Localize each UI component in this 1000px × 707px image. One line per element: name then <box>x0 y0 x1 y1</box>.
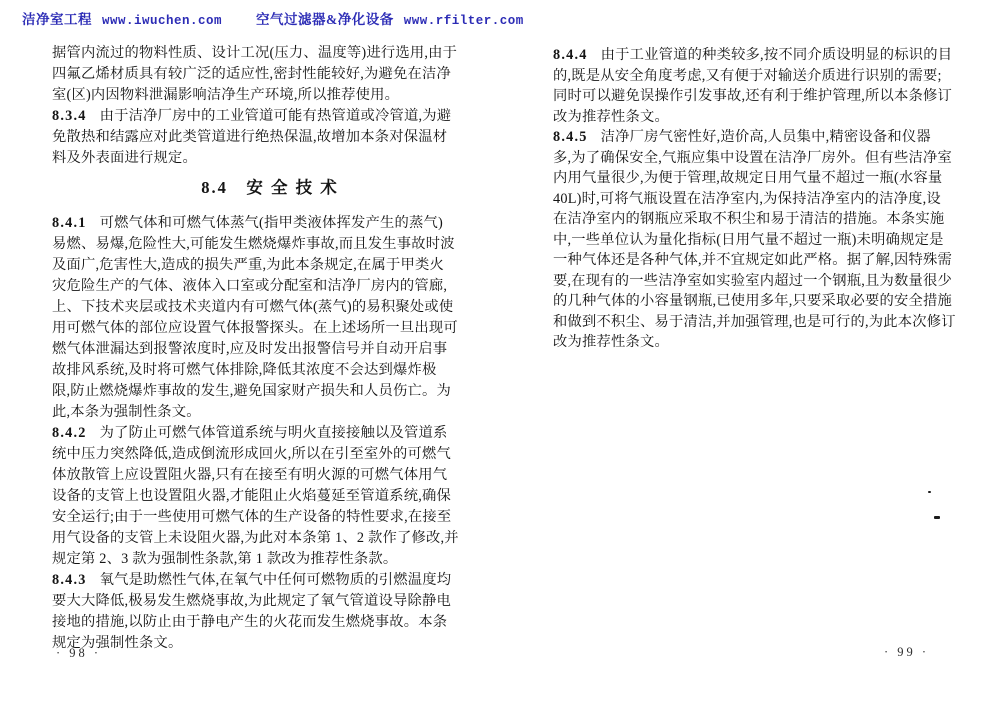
page-left-column: 据管内流过的物料性质、设计工况(压力、温度等)进行选用,由于四氟乙烯材质具有较广… <box>52 43 488 654</box>
line-text: 设备的支管上也设置阻火器,才能阻止火焰蔓延至管道系统,确保 <box>52 488 451 504</box>
text-line: 改为推荐性条文。 <box>553 107 989 128</box>
scan-ink-speck <box>928 491 931 493</box>
text-line: 8.4.5洁净厂房气密性好,造价高,人员集中,精密设备和仪器 <box>553 127 989 148</box>
text-line: 内用气量很少,为便于管理,故规定日用气量不超过一瓶(水容量 <box>553 168 989 189</box>
section-number: 8.4.5 <box>553 129 601 145</box>
text-line: 8.4.1可燃气体和可燃气体蒸气(指甲类液体挥发产生的蒸气) <box>52 213 488 234</box>
text-line: 统中压力突然降低,造成倒流形成回火,所以在引至室外的可燃气 <box>52 444 488 465</box>
text-line: 一种气体还是各种气体,并不宜规定如此严格。据了解,因特殊需 <box>553 250 989 271</box>
line-text: 一种气体还是各种气体,并不宜规定如此严格。据了解,因特殊需 <box>553 252 952 268</box>
text-line: 灾危险生产的气体、液体入口室或分配室和洁净厂房内的管廊, <box>52 276 488 297</box>
line-text: 统中压力突然降低,造成倒流形成回火,所以在引至室外的可燃气 <box>52 446 451 462</box>
text-line: 此,本条为强制性条文。 <box>52 402 488 423</box>
text-line: 多,为了确保安全,气瓶应集中设置在洁净厂房外。但有些洁净室 <box>553 148 989 169</box>
page-number-left: · 98 · <box>56 646 101 661</box>
text-line: 上、下技术夹层或技术夹道内有可燃气体(蒸气)的易积聚处或使 <box>52 297 488 318</box>
line-text: 限,防止燃烧爆炸事故的发生,避免国家财产损失和人员伤亡。为 <box>52 383 451 399</box>
line-text: 同时可以避免误操作引发事故,还有利于维护管理,所以本条修订 <box>553 88 952 104</box>
text-line: 燃气体泄漏达到报警浓度时,应及时发出报警信号并自动开启事 <box>52 339 488 360</box>
line-text: 用可燃气体的部位应设置气体报警探头。在上述场所一旦出现可 <box>52 320 458 336</box>
text-line: 易燃、易爆,危险性大,可能发生燃烧爆炸事故,而且发生事故时波 <box>52 234 488 255</box>
text-line: 据管内流过的物料性质、设计工况(压力、温度等)进行选用,由于 <box>52 43 488 64</box>
line-text: 接地的措施,以防止由于静电产生的火花而发生燃烧事故。本条 <box>52 614 447 630</box>
text-line: 中,一些单位认为量化指标(日用气量不超过一瓶)未明确规定是 <box>553 230 989 251</box>
line-text: 上、下技术夹层或技术夹道内有可燃气体(蒸气)的易积聚处或使 <box>52 299 453 315</box>
section-number: 8.4.3 <box>52 572 100 588</box>
scan-ink-speck <box>934 516 940 519</box>
line-text: 和做到不积尘、易于清洁,并加强管理,也是可行的,为此本次修订 <box>553 314 956 330</box>
line-text: 40L)时,可将气瓶设置在洁净室内,为保持洁净室内的洁净度,设 <box>553 191 941 207</box>
text-line: 限,防止燃烧爆炸事故的发生,避免国家财产损失和人员伤亡。为 <box>52 381 488 402</box>
site-header: 洁净室工程www.iwuchen.com空气过滤器&净化设备www.rfilte… <box>22 8 524 28</box>
text-line: 及面广,危害性大,造成的损失严重,为此本条规定,在属于甲类火 <box>52 255 488 276</box>
line-text: 的,既是从安全角度考虑,又有便于对输送介质进行识别的需要; <box>553 68 942 84</box>
line-text: 改为推荐性条文。 <box>553 109 669 125</box>
text-line: 用可燃气体的部位应设置气体报警探头。在上述场所一旦出现可 <box>52 318 488 339</box>
line-text: 为了防止可燃气体管道系统与明火直接接触以及管道系 <box>100 425 448 441</box>
text-line: 8.4.3氧气是助燃性气体,在氧气中任何可燃物质的引燃温度均 <box>52 570 488 591</box>
text-line: 要,在现有的一些洁净室如实验室内超过一个钢瓶,且为数量很少 <box>553 271 989 292</box>
line-text: 由于洁净厂房中的工业管道可能有热管道或冷管道,为避 <box>100 108 452 124</box>
section-number: 8.4.4 <box>553 47 601 63</box>
line-text: 据管内流过的物料性质、设计工况(压力、温度等)进行选用,由于 <box>52 45 457 61</box>
text-line: 8.4.2为了防止可燃气体管道系统与明火直接接触以及管道系 <box>52 423 488 444</box>
page-number-right: · 99 · <box>884 645 929 660</box>
text-line: 和做到不积尘、易于清洁,并加强管理,也是可行的,为此本次修订 <box>553 312 989 333</box>
text-line: 要大大降低,极易发生燃烧事故,为此规定了氧气管道设导除静电 <box>52 591 488 612</box>
site-brand-left: 洁净室工程 <box>22 12 92 27</box>
text-line: 体放散管上应设置阻火器,只有在接至有明火源的可燃气体用气 <box>52 465 488 486</box>
text-line: 改为推荐性条文。 <box>553 332 989 353</box>
line-text: 要大大降低,极易发生燃烧事故,为此规定了氧气管道设导除静电 <box>52 593 451 609</box>
paragraphs-after-heading: 8.4.1可燃气体和可燃气体蒸气(指甲类液体挥发产生的蒸气)易燃、易爆,危险性大… <box>52 213 488 654</box>
text-line: 规定第 2、3 款为强制性条款,第 1 款改为推荐性条款。 <box>52 549 488 570</box>
text-line: 免散热和结露应对此类管道进行绝热保温,故增加本条对保温材 <box>52 127 488 148</box>
section-number: 8.4.2 <box>52 425 100 441</box>
text-line: 规定为强制性条文。 <box>52 633 488 654</box>
paragraphs-before-heading: 据管内流过的物料性质、设计工况(压力、温度等)进行选用,由于四氟乙烯材质具有较广… <box>52 43 488 169</box>
text-line: 料及外表面进行规定。 <box>52 148 488 169</box>
text-line: 故排风系统,及时将可燃气体排除,降低其浓度不会达到爆炸极 <box>52 360 488 381</box>
site-url-right[interactable]: www.rfilter.com <box>404 14 524 28</box>
section-heading-84: 8.4 安 全 技 术 <box>52 175 488 201</box>
site-url-left[interactable]: www.iwuchen.com <box>102 14 222 28</box>
text-line: 8.3.4由于洁净厂房中的工业管道可能有热管道或冷管道,为避 <box>52 106 488 127</box>
line-text: 用气设备的支管上未设阻火器,为此对本条第 1、2 款作了修改,并 <box>52 530 459 546</box>
text-line: 的几种气体的小容量钢瓶,已使用多年,只要采取必要的安全措施 <box>553 291 989 312</box>
text-line: 四氟乙烯材质具有较广泛的适应性,密封性能较好,为避免在洁净 <box>52 64 488 85</box>
text-line: 40L)时,可将气瓶设置在洁净室内,为保持洁净室内的洁净度,设 <box>553 189 989 210</box>
line-text: 室(区)内因物料泄漏影响洁净生产环境,所以推荐使用。 <box>52 87 399 103</box>
line-text: 氧气是助燃性气体,在氧气中任何可燃物质的引燃温度均 <box>100 572 452 588</box>
page-right-column: 8.4.4由于工业管道的种类较多,按不同介质设明显的标识的目的,既是从安全角度考… <box>553 45 989 353</box>
paragraphs-right-page: 8.4.4由于工业管道的种类较多,按不同介质设明显的标识的目的,既是从安全角度考… <box>553 45 989 353</box>
line-text: 在洁净室内的钢瓶应采取不积尘和易于清洁的措施。本条实施 <box>553 211 944 227</box>
line-text: 四氟乙烯材质具有较广泛的适应性,密封性能较好,为避免在洁净 <box>52 66 451 82</box>
section-number: 8.4.1 <box>52 215 100 231</box>
text-line: 同时可以避免误操作引发事故,还有利于维护管理,所以本条修订 <box>553 86 989 107</box>
line-text: 体放散管上应设置阻火器,只有在接至有明火源的可燃气体用气 <box>52 467 447 483</box>
line-text: 规定第 2、3 款为强制性条款,第 1 款改为推荐性条款。 <box>52 551 397 567</box>
line-text: 及面广,危害性大,造成的损失严重,为此本条规定,在属于甲类火 <box>52 257 444 273</box>
text-line: 用气设备的支管上未设阻火器,为此对本条第 1、2 款作了修改,并 <box>52 528 488 549</box>
line-text: 免散热和结露应对此类管道进行绝热保温,故增加本条对保温材 <box>52 129 447 145</box>
text-line: 设备的支管上也设置阻火器,才能阻止火焰蔓延至管道系统,确保 <box>52 486 488 507</box>
line-text: 的几种气体的小容量钢瓶,已使用多年,只要采取必要的安全措施 <box>553 293 952 309</box>
line-text: 易燃、易爆,危险性大,可能发生燃烧爆炸事故,而且发生事故时波 <box>52 236 455 252</box>
text-line: 室(区)内因物料泄漏影响洁净生产环境,所以推荐使用。 <box>52 85 488 106</box>
text-line: 的,既是从安全角度考虑,又有便于对输送介质进行识别的需要; <box>553 66 989 87</box>
line-text: 灾危险生产的气体、液体入口室或分配室和洁净厂房内的管廊, <box>52 278 447 294</box>
line-text: 燃气体泄漏达到报警浓度时,应及时发出报警信号并自动开启事 <box>52 341 447 357</box>
line-text: 可燃气体和可燃气体蒸气(指甲类液体挥发产生的蒸气) <box>100 215 443 231</box>
line-text: 故排风系统,及时将可燃气体排除,降低其浓度不会达到爆炸极 <box>52 362 436 378</box>
line-text: 要,在现有的一些洁净室如实验室内超过一个钢瓶,且为数量很少 <box>553 273 952 289</box>
line-text: 料及外表面进行规定。 <box>52 150 197 166</box>
line-text: 由于工业管道的种类较多,按不同介质设明显的标识的目 <box>601 47 953 63</box>
line-text: 洁净厂房气密性好,造价高,人员集中,精密设备和仪器 <box>601 129 931 145</box>
line-text: 此,本条为强制性条文。 <box>52 404 201 420</box>
line-text: 多,为了确保安全,气瓶应集中设置在洁净厂房外。但有些洁净室 <box>553 150 952 166</box>
text-line: 接地的措施,以防止由于静电产生的火花而发生燃烧事故。本条 <box>52 612 488 633</box>
line-text: 安全运行;由于一些使用可燃气体的生产设备的特性要求,在接至 <box>52 509 451 525</box>
line-text: 内用气量很少,为便于管理,故规定日用气量不超过一瓶(水容量 <box>553 170 942 186</box>
line-text: 改为推荐性条文。 <box>553 334 669 350</box>
line-text: 中,一些单位认为量化指标(日用气量不超过一瓶)未明确规定是 <box>553 232 944 248</box>
text-line: 8.4.4由于工业管道的种类较多,按不同介质设明显的标识的目 <box>553 45 989 66</box>
site-brand-right: 空气过滤器&净化设备 <box>256 12 394 27</box>
text-line: 安全运行;由于一些使用可燃气体的生产设备的特性要求,在接至 <box>52 507 488 528</box>
section-number: 8.3.4 <box>52 108 100 124</box>
text-line: 在洁净室内的钢瓶应采取不积尘和易于清洁的措施。本条实施 <box>553 209 989 230</box>
